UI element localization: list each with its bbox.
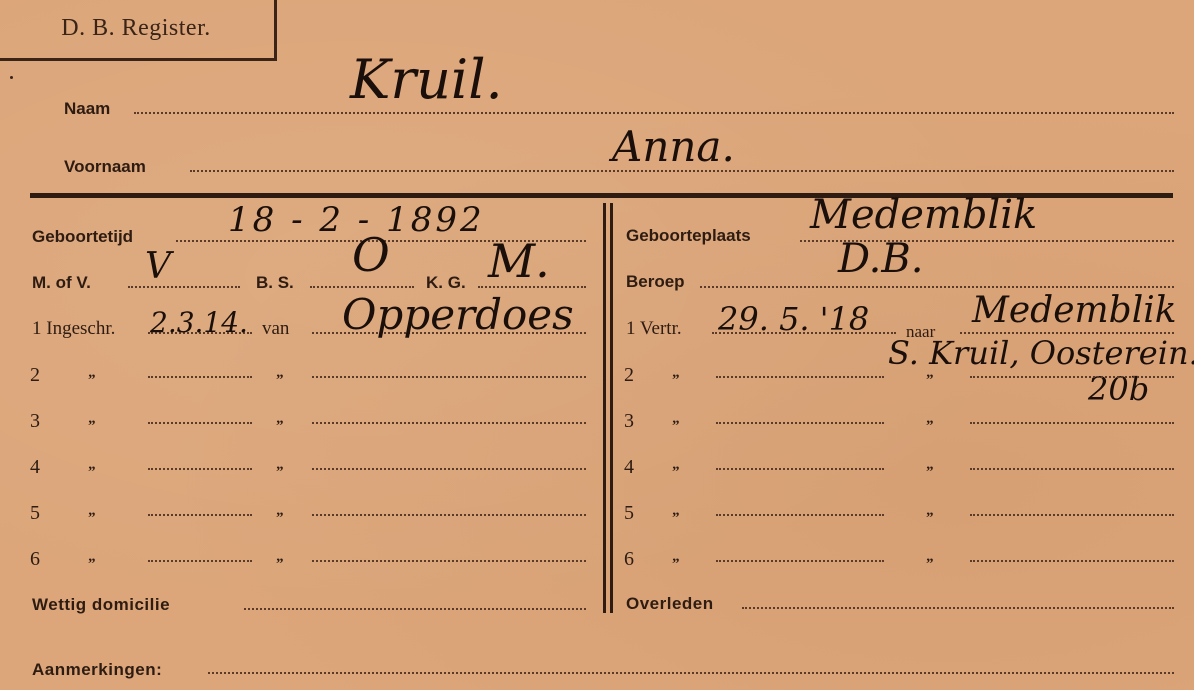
- left-row-5-place-line[interactable]: [312, 514, 586, 516]
- bs-value: O: [352, 228, 390, 282]
- right-row-2-ditto-mid: ”: [926, 372, 934, 389]
- right-row-5-ditto-mid: ”: [926, 510, 934, 527]
- right-row-1-label: Vertr.: [640, 318, 682, 339]
- right-row-1-place-extra-1: S. Kruil, Oosterein.: [888, 334, 1194, 372]
- right-row-4-ditto: ”: [672, 464, 680, 481]
- left-row-4-ditto: ”: [88, 464, 96, 481]
- occupation-value: D.B.: [838, 236, 923, 282]
- right-row-5-date-line[interactable]: [716, 514, 884, 516]
- occupation-label: Beroep: [626, 272, 685, 292]
- column-separator-left: [603, 203, 606, 613]
- left-row-1-mid: van: [262, 318, 289, 340]
- right-row-1-date: 29. 5. '18: [718, 300, 869, 338]
- right-row-3-place-line[interactable]: [970, 422, 1174, 424]
- left-row-6-date-line[interactable]: [148, 560, 252, 562]
- bs-field-line[interactable]: [310, 286, 414, 288]
- column-separator-right: [610, 203, 613, 613]
- right-row-6-ditto: ”: [672, 556, 680, 573]
- firstname-value: Anna.: [612, 122, 735, 171]
- left-row-6-num: 6: [30, 548, 40, 571]
- left-row-5-num: 5: [30, 502, 40, 525]
- left-row-1-num: 1: [32, 318, 42, 339]
- name-field-line[interactable]: [134, 112, 1174, 114]
- right-row-4-ditto-mid: ”: [926, 464, 934, 481]
- right-row-6-date-line[interactable]: [716, 560, 884, 562]
- left-row-3-ditto: ”: [88, 418, 96, 435]
- right-row-3-ditto-mid: ”: [926, 418, 934, 435]
- remarks-field-line[interactable]: [208, 672, 1174, 674]
- left-row-6-place-line[interactable]: [312, 560, 586, 562]
- birthplace-label: Geboorteplaats: [626, 226, 751, 246]
- right-row-3-num: 3: [624, 410, 634, 433]
- left-row-5-date-line[interactable]: [148, 514, 252, 516]
- left-row-1-place: Opperdoes: [342, 290, 574, 339]
- left-row-4-ditto-mid: ”: [276, 464, 284, 481]
- right-row-6-ditto-mid: ”: [926, 556, 934, 573]
- left-row-5-ditto-mid: ”: [276, 510, 284, 527]
- left-row-4-num: 4: [30, 456, 40, 479]
- remarks-label: Aanmerkingen:: [32, 660, 162, 680]
- deceased-label: Overleden: [626, 594, 714, 614]
- left-row-2-date-line[interactable]: [148, 376, 252, 378]
- occupation-field-line[interactable]: [700, 286, 1174, 288]
- left-row-6-ditto-mid: ”: [276, 556, 284, 573]
- birthplace-value: Medemblik: [810, 192, 1037, 238]
- sex-label: M. of V.: [32, 273, 91, 293]
- bs-label: B. S.: [256, 273, 294, 293]
- ink-dot: [10, 76, 13, 79]
- left-row-4-date-line[interactable]: [148, 468, 252, 470]
- right-row-3-ditto: ”: [672, 418, 680, 435]
- right-row-5-num: 5: [624, 502, 634, 525]
- right-row-6-place-line[interactable]: [970, 560, 1174, 562]
- left-row-3-place-line[interactable]: [312, 422, 586, 424]
- right-row-2-ditto: ”: [672, 372, 680, 389]
- left-row-2-ditto-mid: ”: [276, 372, 284, 389]
- name-label: Naam: [64, 99, 110, 119]
- firstname-label: Voornaam: [64, 157, 146, 177]
- registry-card: D. B. Register. Naam Kruil. Voornaam Ann…: [0, 0, 1194, 690]
- birthdate-label: Geboortetijd: [32, 227, 133, 247]
- right-row-1: 1 Vertr.: [626, 318, 682, 340]
- left-row-4-place-line[interactable]: [312, 468, 586, 470]
- register-title-box: D. B. Register.: [0, 0, 277, 61]
- left-row-2-ditto: ”: [88, 372, 96, 389]
- deceased-field-line[interactable]: [742, 607, 1174, 609]
- left-row-3-ditto-mid: ”: [276, 418, 284, 435]
- left-row-2-place-line[interactable]: [312, 376, 586, 378]
- right-row-1-place: Medemblik: [972, 290, 1177, 331]
- right-row-4-place-line[interactable]: [970, 468, 1174, 470]
- left-row-1-date: 2.3.14.: [150, 306, 248, 339]
- right-row-6-num: 6: [624, 548, 634, 571]
- right-row-4-date-line[interactable]: [716, 468, 884, 470]
- right-row-4-num: 4: [624, 456, 634, 479]
- left-row-3-date-line[interactable]: [148, 422, 252, 424]
- kg-value: M.: [488, 234, 550, 288]
- right-row-5-ditto: ”: [672, 510, 680, 527]
- domicile-field-line[interactable]: [244, 608, 586, 610]
- left-row-1-label: Ingeschr.: [46, 318, 115, 339]
- right-row-2-num: 2: [624, 364, 634, 387]
- name-value: Kruil.: [350, 48, 503, 111]
- register-title: D. B. Register.: [61, 15, 211, 42]
- right-row-2-place-line[interactable]: [970, 376, 1174, 378]
- left-row-5-ditto: ”: [88, 510, 96, 527]
- left-row-2-num: 2: [30, 364, 40, 387]
- left-row-6-ditto: ”: [88, 556, 96, 573]
- domicile-label: Wettig domicilie: [32, 595, 170, 615]
- right-row-2-date-line[interactable]: [716, 376, 884, 378]
- left-row-1: 1 Ingeschr.: [32, 318, 115, 340]
- left-row-3-num: 3: [30, 410, 40, 433]
- right-row-1-num: 1: [626, 318, 636, 339]
- right-row-5-place-line[interactable]: [970, 514, 1174, 516]
- sex-value: V: [145, 246, 171, 287]
- right-row-3-date-line[interactable]: [716, 422, 884, 424]
